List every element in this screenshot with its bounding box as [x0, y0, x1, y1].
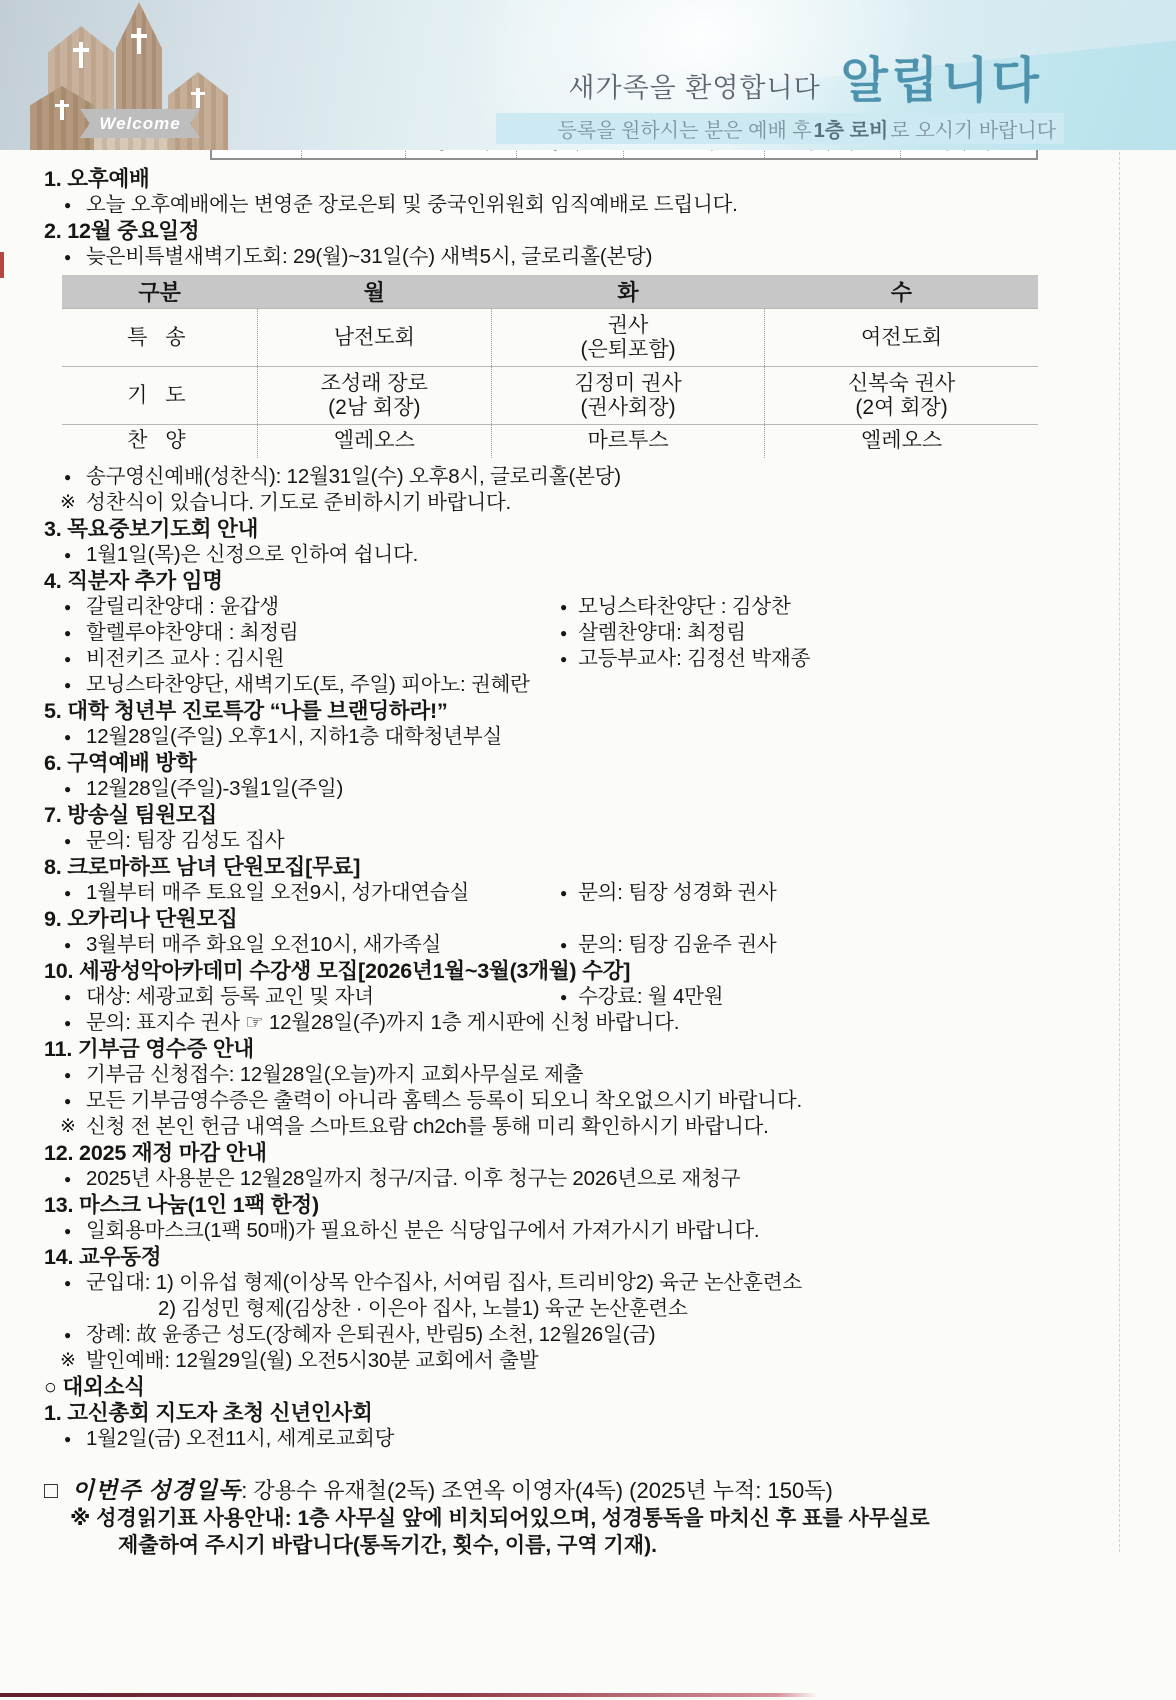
note-marker: ※: [60, 490, 76, 516]
section-heading: 7. 방송실 팀원모집: [0, 802, 1176, 828]
line-text: 늦은비특별새벽기도회: 29(월)~31일(수) 새벽5시, 글로리홀(본당): [86, 245, 652, 268]
line-text: 10. 세광성악아카데미 수강생 모집[2026년1월~3월(3개월) 수강]: [44, 959, 630, 983]
schedule-row: 찬 양엘레오스마르투스엘레오스: [62, 425, 1038, 458]
bullet-marker: ●: [64, 1010, 71, 1036]
bullet-marker: ●: [64, 1166, 71, 1192]
line-text: 12월28일(주일)-3월1일(주일): [86, 777, 343, 800]
bullet-marker: ●: [64, 646, 71, 672]
bullet-marker: ●: [64, 880, 71, 906]
church-steeple: [116, 2, 162, 124]
bulletin-title: 알립니다: [841, 42, 1042, 112]
cross-icon: [137, 28, 141, 54]
cross-icon: [79, 42, 83, 68]
line-text: 5. 대학 청년부 진로특강 “나를 브랜딩하라!”: [44, 699, 448, 723]
left-column: 갈릴리찬양대 : 윤갑생: [86, 594, 560, 620]
line-text: 7. 방송실 팀원모집: [44, 803, 217, 827]
cell: 김정미 권사 (권사회장): [491, 367, 764, 425]
cell: 조성래 장로 (2남 회장): [257, 367, 491, 425]
line-text: 송구영신예배(성찬식): 12월31일(수) 오후8시, 글로리홀(본당): [86, 465, 621, 488]
line-text: 1. 오후예배: [44, 167, 150, 191]
content-line: ●할렐루야찬양대 : 최정림●살렘찬양대: 최정림: [0, 620, 1176, 646]
line-text: 고등부교사: 김정선 박재종: [578, 647, 810, 670]
line-text: 2) 김성민 형제(김상찬 · 이은아 집사, 노블1) 육군 논산훈련소: [158, 1297, 688, 1320]
bullet-marker: ●: [64, 1322, 71, 1348]
bullet-marker: ●: [64, 1270, 71, 1296]
bullet-marker: ●: [64, 542, 71, 568]
checkbox-glyph: □: [44, 1477, 58, 1503]
line-text: 13. 마스크 나눔(1인 1팩 한정): [44, 1193, 319, 1217]
line-text: 2. 12월 중요일정: [44, 219, 199, 243]
bible-reading-title: 이번주 성경일독: [72, 1478, 241, 1503]
line-text: 11. 기부금 영수증 안내: [44, 1037, 254, 1061]
section-heading: 8. 크로마하프 남녀 단원모집[무료]: [0, 854, 1176, 880]
line-text: 기부금 신청접수: 12월28일(오늘)까지 교회사무실로 제출: [86, 1063, 583, 1086]
content-line: ●문의: 표지수 권사 ☞ 12월28일(주)까지 1층 게시판에 신청 바랍니…: [0, 1010, 1176, 1036]
bullet-marker: ●: [64, 244, 71, 270]
line-text: 성찬식이 있습니다. 기도로 준비하시기 바랍니다.: [86, 491, 511, 514]
section-heading: 2. 12월 중요일정: [0, 218, 1176, 244]
line-text: 6. 구역예배 방학: [44, 751, 197, 775]
announcement-list-1: 1. 오후예배●오늘 오후예배에는 변영준 장로은퇴 및 중국인위원회 임직예배…: [0, 166, 1176, 270]
content-line: ※발인예배: 12월29일(월) 오전5시30분 교회에서 출발: [0, 1348, 1176, 1374]
bible-reading-names: : 강용수 유재철(2독) 조연옥 이영자(4독) (2025년 누적: 150…: [241, 1478, 833, 1503]
bullet-marker: ●: [64, 620, 71, 646]
line-text: 대상: 세광교회 등록 교인 및 자녀: [86, 985, 374, 1008]
line-text: 문의: 팀장 김윤주 권사: [578, 933, 776, 956]
right-column: ●문의: 팀장 성경화 권사: [560, 880, 776, 906]
cross-icon: [196, 88, 200, 108]
masthead-title: 새가족을 환영합니다 알립니다: [568, 42, 1042, 112]
bottom-rule: [0, 1693, 818, 1697]
line-text: 모든 기부금영수증은 출력이 아니라 홈텍스 등록이 되오니 착오없으시기 바랍…: [86, 1089, 802, 1112]
welcome-ribbon: Welcome: [80, 109, 200, 138]
line-text: 12월28일(주일) 오후1시, 지하1층 대학청년부실: [86, 725, 502, 748]
column-header: 수: [765, 275, 1038, 309]
line-text: 살렘찬양대: 최정림: [578, 621, 746, 644]
cell: 마르투스: [491, 425, 764, 458]
line-text: 2025년 사용분은 12월28일까지 청구/지급. 이후 청구는 2026년으…: [86, 1167, 740, 1190]
section-heading: 14. 교우동정: [0, 1244, 1176, 1270]
content-line: ※신청 전 본인 헌금 내역을 스마트요람 ch2ch를 통해 미리 확인하시기…: [0, 1114, 1176, 1140]
content-line: ●2025년 사용분은 12월28일까지 청구/지급. 이후 청구는 2026년…: [0, 1166, 1176, 1192]
right-column: ●모닝스타찬양단 : 김상찬: [560, 594, 791, 620]
bullet-marker: ●: [560, 652, 567, 666]
bullet-marker: ●: [64, 672, 71, 698]
content-line: ●모든 기부금영수증은 출력이 아니라 홈텍스 등록이 되오니 착오없으시기 바…: [0, 1088, 1176, 1114]
cell: 여전도회: [765, 309, 1038, 367]
right-column: ●고등부교사: 김정선 박재종: [560, 646, 810, 672]
bullet-marker: ●: [64, 984, 71, 1010]
row-label: 특 송: [62, 309, 257, 367]
column-header: 화: [491, 275, 764, 309]
bullet-marker: ●: [64, 932, 71, 958]
line-text: 오늘 오후예배에는 변영준 장로은퇴 및 중국인위원회 임직예배로 드립니다.: [86, 193, 738, 216]
bullet-marker: ●: [64, 1088, 71, 1114]
note-marker: ※: [60, 1348, 76, 1374]
content-line: ●갈릴리찬양대 : 윤갑생●모닝스타찬양단 : 김상찬: [0, 594, 1176, 620]
right-column: ●문의: 팀장 김윤주 권사: [560, 932, 776, 958]
line-text: 문의: 표지수 권사 ☞ 12월28일(주)까지 1층 게시판에 신청 바랍니다…: [86, 1011, 679, 1034]
line-text: 문의: 팀장 김성도 집사: [86, 829, 284, 852]
section-heading: 9. 오카리나 단원모집: [0, 906, 1176, 932]
right-column: ●살렘찬양대: 최정림: [560, 620, 746, 646]
cell: 신복숙 권사 (2여 회장): [765, 367, 1038, 425]
section-heading: 6. 구역예배 방학: [0, 750, 1176, 776]
bullet-marker: ●: [64, 776, 71, 802]
register-notice-strip: 등록을 원하시는 분은 예배 후 1층 로비 로 오시기 바랍니다: [496, 113, 1064, 144]
content-line: ●비전키즈 교사 : 김시원●고등부교사: 김정선 박재종: [0, 646, 1176, 672]
content-line: ●송구영신예배(성찬식): 12월31일(수) 오후8시, 글로리홀(본당): [0, 464, 1176, 490]
section-heading: 4. 직분자 추가 임명: [0, 568, 1176, 594]
section-heading: 1. 고신총회 지도자 초청 신년인사회: [0, 1400, 1176, 1426]
bulletin-page: 새가족을 환영합니다 알립니다 등록을 원하시는 분은 예배 후 1층 로비 로…: [0, 0, 1176, 1700]
section-heading: 1. 오후예배: [0, 166, 1176, 192]
cell: 엘레오스: [257, 425, 491, 458]
schedule-row: 특 송남전도회권사 (은퇴포함)여전도회: [62, 309, 1038, 367]
content-line: ●일회용마스크(1팩 50매)가 필요하신 분은 식당입구에서 가져가시기 바랍…: [0, 1218, 1176, 1244]
bullet-marker: ●: [560, 626, 567, 640]
bible-reading-line: □이번주 성경일독: 강용수 유재철(2독) 조연옥 이영자(4독) (2025…: [0, 1476, 1176, 1505]
bible-reading-footer: □이번주 성경일독: 강용수 유재철(2독) 조연옥 이영자(4독) (2025…: [0, 1476, 1176, 1559]
line-text: 8. 크로마하프 남녀 단원모집[무료]: [44, 855, 360, 879]
content-line: ●대상: 세광교회 등록 교인 및 자녀●수강료: 월 4만원: [0, 984, 1176, 1010]
content-line: ●모닝스타찬양단, 새벽기도(토, 주일) 피아노: 권혜란: [0, 672, 1176, 698]
bullet-marker: ●: [64, 192, 71, 218]
content-line: ●1월1일(목)은 신정으로 인하여 쉽니다.: [0, 542, 1176, 568]
cell: 엘레오스: [765, 425, 1038, 458]
content-line: ●문의: 팀장 김성도 집사: [0, 828, 1176, 854]
right-column: ●수강료: 월 4만원: [560, 984, 723, 1010]
bible-chart-note-cont: 제출하여 주시기 바랍니다(통독기간, 횟수, 이름, 구역 기재).: [0, 1532, 1176, 1559]
section-heading: 3. 목요중보기도회 안내: [0, 516, 1176, 542]
note-marker: ※: [60, 1114, 76, 1140]
content-line: ※성찬식이 있습니다. 기도로 준비하시기 바랍니다.: [0, 490, 1176, 516]
line-text: 장례: 故 윤종근 성도(장혜자 은퇴권사, 반림5) 소천, 12월26일(금…: [86, 1323, 655, 1346]
line-text: ○ 대외소식: [44, 1375, 145, 1399]
cell: 권사 (은퇴포함): [491, 309, 764, 367]
welcome-note: 새가족을 환영합니다: [568, 66, 820, 105]
content-line: ●1월2일(금) 오전11시, 세계로교회당: [0, 1426, 1176, 1452]
bullet-marker: ●: [560, 990, 567, 1004]
content-line: ●12월28일(주일)-3월1일(주일): [0, 776, 1176, 802]
content-line: ●1월부터 매주 토요일 오전9시, 성가대연습실●문의: 팀장 성경화 권사: [0, 880, 1176, 906]
section-heading: 11. 기부금 영수증 안내: [0, 1036, 1176, 1062]
line-text: 군입대: 1) 이유섭 형제(이상목 안수집사, 서여림 집사, 트리비앙2) …: [86, 1271, 802, 1294]
line-text: 비전키즈 교사 : 김시원: [86, 647, 284, 670]
left-column: 1월부터 매주 토요일 오전9시, 성가대연습실: [86, 880, 560, 906]
bible-chart-note: ※ 성경읽기표 사용안내: 1층 사무실 앞에 비치되어있으며, 성경통독을 마…: [0, 1505, 1176, 1532]
bullet-marker: ●: [64, 1062, 71, 1088]
schedule-row: 기 도조성래 장로 (2남 회장)김정미 권사 (권사회장)신복숙 권사 (2여…: [62, 367, 1038, 425]
line-text: 모닝스타찬양단, 새벽기도(토, 주일) 피아노: 권혜란: [86, 673, 530, 696]
line-text: 3월부터 매주 화요일 오전10시, 새가족실: [86, 933, 441, 956]
left-column: 할렐루야찬양대 : 최정림: [86, 620, 560, 646]
line-text: 4. 직분자 추가 임명: [44, 569, 223, 593]
bullet-marker: ●: [64, 724, 71, 750]
bullet-marker: ●: [64, 594, 71, 620]
section-heading: ○ 대외소식: [0, 1374, 1176, 1400]
section-heading: 13. 마스크 나눔(1인 1팩 한정): [0, 1192, 1176, 1218]
line-text: 1월부터 매주 토요일 오전9시, 성가대연습실: [86, 881, 469, 904]
content-line: ●군입대: 1) 이유섭 형제(이상목 안수집사, 서여림 집사, 트리비앙2)…: [0, 1270, 1176, 1296]
cross-icon: [60, 100, 64, 120]
line-text: 일회용마스크(1팩 50매)가 필요하신 분은 식당입구에서 가져가시기 바랍니…: [86, 1219, 759, 1242]
line-text: 3. 목요중보기도회 안내: [44, 517, 258, 541]
line-text: 신청 전 본인 헌금 내역을 스마트요람 ch2ch를 통해 미리 확인하시기 …: [86, 1115, 769, 1138]
left-column: 대상: 세광교회 등록 교인 및 자녀: [86, 984, 560, 1010]
line-text: 1월1일(목)은 신정으로 인하여 쉽니다.: [86, 543, 418, 566]
line-text: 12. 2025 재정 마감 안내: [44, 1141, 267, 1165]
bullet-marker: ●: [560, 886, 567, 900]
cell: 남전도회: [257, 309, 491, 367]
left-column: 비전키즈 교사 : 김시원: [86, 646, 560, 672]
section-heading: 5. 대학 청년부 진로특강 “나를 브랜딩하라!”: [0, 698, 1176, 724]
column-header: 구분: [62, 275, 257, 309]
row-label: 기 도: [62, 367, 257, 425]
row-label: 찬 양: [62, 425, 257, 458]
column-header: 월: [257, 275, 491, 309]
content-line: ●기부금 신청접수: 12월28일(오늘)까지 교회사무실로 제출: [0, 1062, 1176, 1088]
line-text: 문의: 팀장 성경화 권사: [578, 881, 776, 904]
content-line: 2) 김성민 형제(김상찬 · 이은아 집사, 노블1) 육군 논산훈련소: [0, 1296, 1176, 1322]
bullet-marker: ●: [64, 464, 71, 490]
line-text: 모닝스타찬양단 : 김상찬: [578, 595, 791, 618]
dawn-prayer-schedule-table: 구분월화수특 송남전도회권사 (은퇴포함)여전도회기 도조성래 장로 (2남 회…: [62, 275, 1038, 458]
register-notice-post: 로 오시기 바랍니다: [890, 114, 1056, 143]
register-notice-bold: 1층 로비: [814, 114, 889, 143]
bullet-marker: ●: [64, 1426, 71, 1452]
content-line: ●늦은비특별새벽기도회: 29(월)~31일(수) 새벽5시, 글로리홀(본당): [0, 244, 1176, 270]
bullet-marker: ●: [64, 1218, 71, 1244]
line-text: 갈릴리찬양대 : 윤갑생: [86, 595, 279, 618]
section-heading: 10. 세광성악아카데미 수강생 모집[2026년1월~3월(3개월) 수강]: [0, 958, 1176, 984]
line-text: 9. 오카리나 단원모집: [44, 907, 238, 931]
content-line: ●12월28일(주일) 오후1시, 지하1층 대학청년부실: [0, 724, 1176, 750]
section-heading: 12. 2025 재정 마감 안내: [0, 1140, 1176, 1166]
line-text: 1월2일(금) 오전11시, 세계로교회당: [86, 1427, 394, 1450]
bullet-marker: ●: [560, 938, 567, 952]
content-line: ●장례: 故 윤종근 성도(장혜자 은퇴권사, 반림5) 소천, 12월26일(…: [0, 1322, 1176, 1348]
line-text: 발인예배: 12월29일(월) 오전5시30분 교회에서 출발: [86, 1349, 538, 1372]
content-line: ●3월부터 매주 화요일 오전10시, 새가족실●문의: 팀장 김윤주 권사: [0, 932, 1176, 958]
announcement-list-2: ●송구영신예배(성찬식): 12월31일(수) 오후8시, 글로리홀(본당)※성…: [0, 464, 1176, 1452]
register-notice-pre: 등록을 원하시는 분은 예배 후: [558, 114, 812, 143]
line-text: 14. 교우동정: [44, 1245, 161, 1269]
content-line: ●오늘 오후예배에는 변영준 장로은퇴 및 중국인위원회 임직예배로 드립니다.: [0, 192, 1176, 218]
church-illustration: [0, 0, 398, 150]
left-column: 3월부터 매주 화요일 오전10시, 새가족실: [86, 932, 560, 958]
bullet-marker: ●: [64, 828, 71, 854]
line-text: 할렐루야찬양대 : 최정림: [86, 621, 299, 644]
line-text: 수강료: 월 4만원: [578, 985, 723, 1008]
bullet-marker: ●: [560, 600, 567, 614]
line-text: 1. 고신총회 지도자 초청 신년인사회: [44, 1401, 373, 1425]
